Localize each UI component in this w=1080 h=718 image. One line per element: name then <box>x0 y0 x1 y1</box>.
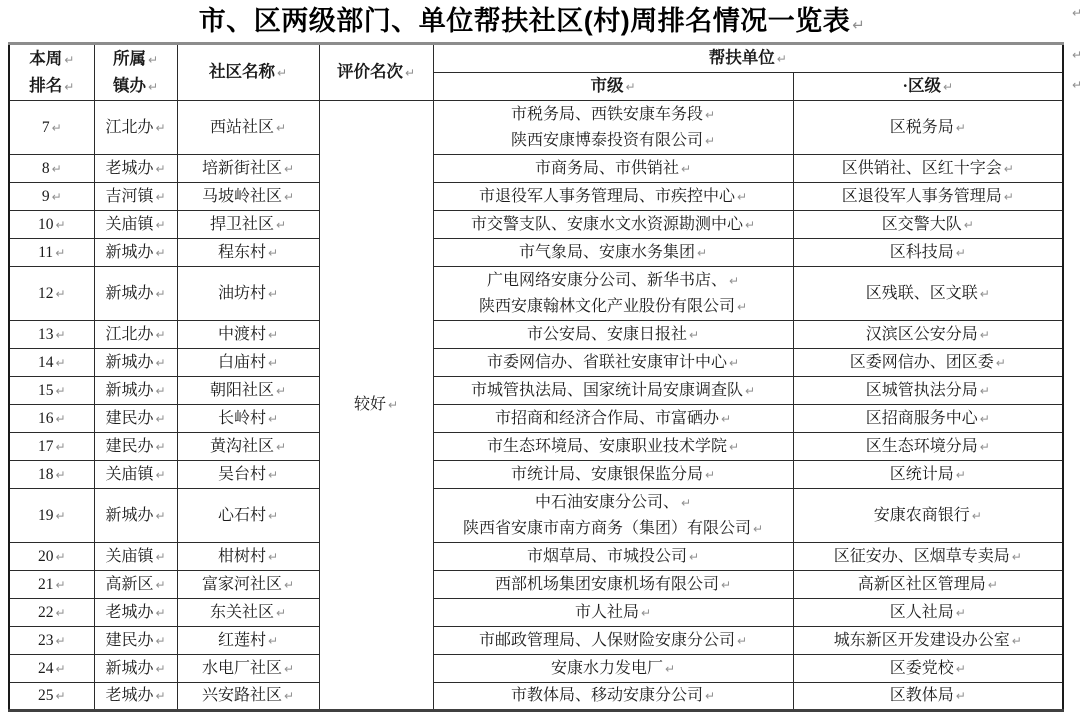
city-units-cell: 市统计局、安康银保监分局↵ <box>433 461 793 489</box>
city-units-cell: 市公安局、安康日报社↵ <box>433 321 793 349</box>
line-break-mark: ↵ <box>148 53 158 67</box>
district-units-cell: 区税务局↵ <box>793 101 1063 155</box>
community-cell: 捍卫社区↵ <box>177 211 319 239</box>
table-row: 21↵ 高新区↵ 富家河社区↵ 西部机场集团安康机场有限公司↵ 高新区社区管理局… <box>9 571 1063 599</box>
rank-cell: 16↵ <box>9 405 94 433</box>
line-break-mark: ↵ <box>729 440 739 454</box>
city-units-cell: 市气象局、安康水务集团↵ <box>433 239 793 267</box>
line-break-mark: ↵ <box>721 412 731 426</box>
city-units-cell: 市商务局、市供销社↵ <box>433 155 793 183</box>
line-break-mark: ↵ <box>641 606 651 620</box>
rank-cell: 24↵ <box>9 655 94 683</box>
ranking-table: 本周↵ 排名↵ 所属↵ 镇办↵ 社区名称↵ 评价名次↵ 帮扶单位↵ 市级↵ ·区… <box>8 42 1064 712</box>
line-break-mark: ↵ <box>268 509 278 523</box>
line-break-mark: ↵ <box>956 689 966 703</box>
city-units-cell: 市城管执法局、国家统计局安康调查队↵ <box>433 377 793 405</box>
table-row: 11↵ 新城办↵ 程东村↵ 市气象局、安康水务集团↵ 区科技局↵ <box>9 239 1063 267</box>
district-units-cell: 高新区社区管理局↵ <box>793 571 1063 599</box>
city-units-cell: 市邮政管理局、人保财险安康分公司↵ <box>433 627 793 655</box>
line-break-mark: ↵ <box>980 328 990 342</box>
line-break-mark: ↵ <box>996 356 1006 370</box>
district-units-cell: 安康农商银行↵ <box>793 489 1063 543</box>
line-break-mark: ↵ <box>268 246 278 260</box>
rank-cell: 8↵ <box>9 155 94 183</box>
line-break-mark: ↵ <box>155 606 165 620</box>
line-break-mark: ↵ <box>55 509 65 523</box>
district-units-cell: 城东新区开发建设办公室↵ <box>793 627 1063 655</box>
line-break-mark: ↵ <box>284 162 294 176</box>
township-cell: 建民办↵ <box>94 627 177 655</box>
line-break-mark: ↵ <box>55 412 65 426</box>
district-units-cell: 区生态环境分局↵ <box>793 433 1063 461</box>
table-row: 7↵ 江北办↵ 西站社区↵ 较好↵市税务局、西铁安康车务段↵陕西安康博泰投资有限… <box>9 101 1063 155</box>
city-units-cell: 市教体局、移动安康分公司↵ <box>433 683 793 711</box>
line-break-mark: ↵ <box>64 80 74 94</box>
line-break-mark: ↵ <box>55 440 65 454</box>
line-break-mark: ↵ <box>284 689 294 703</box>
line-break-mark: ↵ <box>155 578 165 592</box>
rank-cell: 10↵ <box>9 211 94 239</box>
city-units-cell: 市税务局、西铁安康车务段↵陕西安康博泰投资有限公司↵ <box>433 101 793 155</box>
line-break-mark: ↵ <box>155 190 165 204</box>
community-cell: 白庙村↵ <box>177 349 319 377</box>
line-break-mark: ↵ <box>284 662 294 676</box>
line-break-mark: ↵ <box>388 398 398 412</box>
city-units-cell: 西部机场集团安康机场有限公司↵ <box>433 571 793 599</box>
community-cell: 培新街社区↵ <box>177 155 319 183</box>
line-break-mark: ↵ <box>943 80 953 94</box>
line-break-mark: ↵ <box>729 274 739 288</box>
line-break-mark: ↵ <box>268 634 278 648</box>
line-break-mark: ↵ <box>705 134 715 148</box>
line-break-mark: ↵ <box>55 384 65 398</box>
rank-cell: 14↵ <box>9 349 94 377</box>
table-row: 22↵ 老城办↵ 东关社区↵ 市人社局↵ 区人社局↵ <box>9 599 1063 627</box>
line-break-mark: ↵ <box>52 162 62 176</box>
line-break-mark: ↵ <box>745 384 755 398</box>
district-units-cell: 区委网信办、团区委↵ <box>793 349 1063 377</box>
line-break-mark: ↵ <box>268 356 278 370</box>
line-break-mark: ↵ <box>155 440 165 454</box>
header-district-level: ·区级↵ <box>793 73 1063 101</box>
city-units-cell: 市委网信办、省联社安康审计中心↵ <box>433 349 793 377</box>
township-cell: 新城办↵ <box>94 489 177 543</box>
line-break-mark: ↵ <box>1004 162 1014 176</box>
line-break-mark: ↵ <box>980 384 990 398</box>
line-break-mark: ↵ <box>705 108 715 122</box>
township-cell: 新城办↵ <box>94 239 177 267</box>
line-break-mark: ↵ <box>980 287 990 301</box>
table-row: 15↵ 新城办↵ 朝阳社区↵ 市城管执法局、国家统计局安康调查队↵ 区城管执法分… <box>9 377 1063 405</box>
line-break-mark: ↵ <box>268 468 278 482</box>
line-break-mark: ↵ <box>276 121 286 135</box>
line-break-mark: ↵ <box>284 578 294 592</box>
rank-cell: 9↵ <box>9 183 94 211</box>
line-break-mark: ↵ <box>148 80 158 94</box>
line-break-mark: ↵ <box>956 468 966 482</box>
line-break-mark: ↵ <box>155 218 165 232</box>
header-rank: 本周↵ 排名↵ <box>9 44 94 101</box>
line-break-mark: ↵ <box>55 246 65 260</box>
community-cell: 水电厂社区↵ <box>177 655 319 683</box>
line-break-mark: ↵ <box>55 328 65 342</box>
township-cell: 老城办↵ <box>94 683 177 711</box>
line-break-mark: ↵ <box>276 218 286 232</box>
table-row: 13↵ 江北办↵ 中渡村↵ 市公安局、安康日报社↵ 汉滨区公安分局↵ <box>9 321 1063 349</box>
township-cell: 新城办↵ <box>94 267 177 321</box>
district-units-cell: 区供销社、区红十字会↵ <box>793 155 1063 183</box>
township-cell: 高新区↵ <box>94 571 177 599</box>
rank-cell: 11↵ <box>9 239 94 267</box>
rank-cell: 18↵ <box>9 461 94 489</box>
community-cell: 柑树村↵ <box>177 543 319 571</box>
line-break-mark: ↵ <box>745 218 755 232</box>
table-row: 20↵ 关庙镇↵ 柑树村↵ 市烟草局、市城投公司↵ 区征安办、区烟草专卖局↵ <box>9 543 1063 571</box>
line-break-mark: ↵ <box>52 190 62 204</box>
line-break-mark: ↵ <box>980 412 990 426</box>
community-cell: 吴台村↵ <box>177 461 319 489</box>
line-break-mark: ↵ <box>284 190 294 204</box>
line-break-mark: ↵ <box>55 606 65 620</box>
page-title: 市、区两级部门、单位帮扶社区(村)周排名情况一览表↵ <box>0 2 1064 44</box>
table-row: 24↵ 新城办↵ 水电厂社区↵ 安康水力发电厂↵ 区委党校↵ <box>9 655 1063 683</box>
community-cell: 中渡村↵ <box>177 321 319 349</box>
rank-cell: 15↵ <box>9 377 94 405</box>
township-cell: 江北办↵ <box>94 101 177 155</box>
header-city-level: 市级↵ <box>433 73 793 101</box>
line-break-mark: ↵ <box>1012 634 1022 648</box>
page-title-text: 市、区两级部门、单位帮扶社区(村)周排名情况一览表 <box>199 6 850 36</box>
city-units-cell: 广电网络安康分公司、新华书店、↵陕西安康翰林文化产业股份有限公司↵ <box>433 267 793 321</box>
township-cell: 建民办↵ <box>94 433 177 461</box>
table-row: 18↵ 关庙镇↵ 吴台村↵ 市统计局、安康银保监分局↵ 区统计局↵ <box>9 461 1063 489</box>
table-row: 17↵ 建民办↵ 黄沟社区↵ 市生态环境局、安康职业技术学院↵ 区生态环境分局↵ <box>9 433 1063 461</box>
line-break-mark: ↵ <box>155 468 165 482</box>
line-break-mark: ↵ <box>155 356 165 370</box>
line-break-mark: ↵ <box>155 634 165 648</box>
table-row: 8↵ 老城办↵ 培新街社区↵ 市商务局、市供销社↵ 区供销社、区红十字会↵ <box>9 155 1063 183</box>
header-helping-units: 帮扶单位↵ <box>433 44 1063 73</box>
rank-cell: 20↵ <box>9 543 94 571</box>
city-units-cell: 安康水力发电厂↵ <box>433 655 793 683</box>
line-break-mark: ↵ <box>681 162 691 176</box>
township-cell: 新城办↵ <box>94 377 177 405</box>
header-township-line2: 镇办 <box>113 76 146 95</box>
rank-cell: 23↵ <box>9 627 94 655</box>
row-end-mark: ↵ <box>1072 78 1080 92</box>
rank-cell: 12↵ <box>9 267 94 321</box>
row-end-mark: ↵ <box>1072 48 1080 62</box>
header-row-1: 本周↵ 排名↵ 所属↵ 镇办↵ 社区名称↵ 评价名次↵ 帮扶单位↵ <box>9 44 1063 73</box>
table-row: 25↵ 老城办↵ 兴安路社区↵ 市教体局、移动安康分公司↵ 区教体局↵ <box>9 683 1063 711</box>
community-cell: 心石村↵ <box>177 489 319 543</box>
header-community: 社区名称↵ <box>177 44 319 101</box>
line-break-mark: ↵ <box>155 162 165 176</box>
line-break-mark: ↵ <box>155 509 165 523</box>
community-cell: 富家河社区↵ <box>177 571 319 599</box>
rank-cell: 7↵ <box>9 101 94 155</box>
district-units-cell: 区退役军人事务管理局↵ <box>793 183 1063 211</box>
header-rank-line1: 本周 <box>29 49 62 68</box>
township-cell: 关庙镇↵ <box>94 461 177 489</box>
city-units-cell: 市烟草局、市城投公司↵ <box>433 543 793 571</box>
line-break-mark: ↵ <box>697 246 707 260</box>
line-break-mark: ↵ <box>681 496 691 510</box>
line-break-mark: ↵ <box>155 121 165 135</box>
rank-cell: 19↵ <box>9 489 94 543</box>
line-break-mark: ↵ <box>155 550 165 564</box>
line-break-mark: ↵ <box>276 606 286 620</box>
line-break-mark: ↵ <box>52 121 62 135</box>
district-units-cell: 区城管执法分局↵ <box>793 377 1063 405</box>
township-cell: 新城办↵ <box>94 349 177 377</box>
city-units-cell: 市生态环境局、安康职业技术学院↵ <box>433 433 793 461</box>
rank-cell: 22↵ <box>9 599 94 627</box>
district-units-cell: 区统计局↵ <box>793 461 1063 489</box>
line-break-mark: ↵ <box>729 356 739 370</box>
community-cell: 东关社区↵ <box>177 599 319 627</box>
community-cell: 朝阳社区↵ <box>177 377 319 405</box>
line-break-mark: ↵ <box>972 509 982 523</box>
line-break-mark: ↵ <box>988 578 998 592</box>
line-break-mark: ↵ <box>55 550 65 564</box>
line-break-mark: ↵ <box>689 328 699 342</box>
community-cell: 长岭村↵ <box>177 405 319 433</box>
line-break-mark: ↵ <box>964 218 974 232</box>
line-break-mark: ↵ <box>625 80 635 94</box>
line-break-mark: ↵ <box>155 662 165 676</box>
township-cell: 建民办↵ <box>94 405 177 433</box>
line-break-mark: ↵ <box>956 662 966 676</box>
community-cell: 油坊村↵ <box>177 267 319 321</box>
line-break-mark: ↵ <box>852 16 865 34</box>
city-units-cell: 市人社局↵ <box>433 599 793 627</box>
line-break-mark: ↵ <box>55 468 65 482</box>
table-row: 16↵ 建民办↵ 长岭村↵ 市招商和经济合作局、市富硒办↵ 区招商服务中心↵ <box>9 405 1063 433</box>
township-cell: 关庙镇↵ <box>94 543 177 571</box>
table-row: 14↵ 新城办↵ 白庙村↵ 市委网信办、省联社安康审计中心↵ 区委网信办、团区委… <box>9 349 1063 377</box>
line-break-mark: ↵ <box>276 440 286 454</box>
community-cell: 程东村↵ <box>177 239 319 267</box>
line-break-mark: ↵ <box>55 578 65 592</box>
city-units-cell: 市退役军人事务管理局、市疾控中心↵ <box>433 183 793 211</box>
line-break-mark: ↵ <box>737 634 747 648</box>
township-cell: 新城办↵ <box>94 655 177 683</box>
table-row: 9↵ 吉河镇↵ 马坡岭社区↵ 市退役军人事务管理局、市疾控中心↵ 区退役军人事务… <box>9 183 1063 211</box>
line-break-mark: ↵ <box>956 246 966 260</box>
line-break-mark: ↵ <box>705 689 715 703</box>
line-break-mark: ↵ <box>276 384 286 398</box>
evaluation-value: 较好 <box>354 396 386 413</box>
city-units-cell: 中石油安康分公司、↵陕西省安康市南方商务（集团）有限公司↵ <box>433 489 793 543</box>
line-break-mark: ↵ <box>705 468 715 482</box>
township-cell: 关庙镇↵ <box>94 211 177 239</box>
rank-cell: 25↵ <box>9 683 94 711</box>
line-break-mark: ↵ <box>268 550 278 564</box>
line-break-mark: ↵ <box>737 300 747 314</box>
header-evaluation: 评价名次↵ <box>319 44 433 101</box>
table-row: 23↵ 建民办↵ 红莲村↵ 市邮政管理局、人保财险安康分公司↵ 城东新区开发建设… <box>9 627 1063 655</box>
line-break-mark: ↵ <box>155 328 165 342</box>
district-units-cell: 区招商服务中心↵ <box>793 405 1063 433</box>
line-break-mark: ↵ <box>155 384 165 398</box>
township-cell: 老城办↵ <box>94 599 177 627</box>
line-break-mark: ↵ <box>55 287 65 301</box>
line-break-mark: ↵ <box>55 356 65 370</box>
document-page: 市、区两级部门、单位帮扶社区(村)周排名情况一览表↵ 本周↵ 排名↵ 所属↵ 镇… <box>0 0 1080 718</box>
community-cell: 兴安路社区↵ <box>177 683 319 711</box>
line-break-mark: ↵ <box>777 52 787 66</box>
row-end-mark: ↵ <box>1072 6 1080 20</box>
line-break-mark: ↵ <box>689 550 699 564</box>
line-break-mark: ↵ <box>155 689 165 703</box>
rank-cell: 13↵ <box>9 321 94 349</box>
table-row: 12↵ 新城办↵ 油坊村↵ 广电网络安康分公司、新华书店、↵陕西安康翰林文化产业… <box>9 267 1063 321</box>
header-rank-line2: 排名 <box>29 76 62 95</box>
community-cell: 西站社区↵ <box>177 101 319 155</box>
community-cell: 红莲村↵ <box>177 627 319 655</box>
line-break-mark: ↵ <box>665 662 675 676</box>
district-units-cell: 区征安办、区烟草专卖局↵ <box>793 543 1063 571</box>
line-break-mark: ↵ <box>1004 190 1014 204</box>
line-break-mark: ↵ <box>155 287 165 301</box>
line-break-mark: ↵ <box>956 121 966 135</box>
line-break-mark: ↵ <box>55 634 65 648</box>
district-units-cell: 区教体局↵ <box>793 683 1063 711</box>
city-units-cell: 市交警支队、安康水文水资源勘测中心↵ <box>433 211 793 239</box>
line-break-mark: ↵ <box>956 606 966 620</box>
city-units-cell: 市招商和经济合作局、市富硒办↵ <box>433 405 793 433</box>
line-break-mark: ↵ <box>155 412 165 426</box>
rank-cell: 17↵ <box>9 433 94 461</box>
district-units-cell: 区委党校↵ <box>793 655 1063 683</box>
line-break-mark: ↵ <box>55 218 65 232</box>
line-break-mark: ↵ <box>268 328 278 342</box>
line-break-mark: ↵ <box>737 190 747 204</box>
township-cell: 老城办↵ <box>94 155 177 183</box>
evaluation-merged-cell: 较好↵ <box>319 101 433 711</box>
district-units-cell: 区残联、区文联↵ <box>793 267 1063 321</box>
line-break-mark: ↵ <box>268 287 278 301</box>
line-break-mark: ↵ <box>55 689 65 703</box>
table-row: 19↵ 新城办↵ 心石村↵ 中石油安康分公司、↵陕西省安康市南方商务（集团）有限… <box>9 489 1063 543</box>
line-break-mark: ↵ <box>1012 550 1022 564</box>
township-cell: 吉河镇↵ <box>94 183 177 211</box>
community-cell: 马坡岭社区↵ <box>177 183 319 211</box>
community-cell: 黄沟社区↵ <box>177 433 319 461</box>
line-break-mark: ↵ <box>721 578 731 592</box>
district-units-cell: 区人社局↵ <box>793 599 1063 627</box>
line-break-mark: ↵ <box>405 66 415 80</box>
line-break-mark: ↵ <box>55 662 65 676</box>
table-row: 10↵ 关庙镇↵ 捍卫社区↵ 市交警支队、安康水文水资源勘测中心↵ 区交警大队↵ <box>9 211 1063 239</box>
district-units-cell: 区科技局↵ <box>793 239 1063 267</box>
rank-cell: 21↵ <box>9 571 94 599</box>
line-break-mark: ↵ <box>753 522 763 536</box>
header-township-line1: 所属 <box>113 49 146 68</box>
table-body: 7↵ 江北办↵ 西站社区↵ 较好↵市税务局、西铁安康车务段↵陕西安康博泰投资有限… <box>9 101 1063 711</box>
line-break-mark: ↵ <box>980 440 990 454</box>
line-break-mark: ↵ <box>64 53 74 67</box>
district-units-cell: 汉滨区公安分局↵ <box>793 321 1063 349</box>
line-break-mark: ↵ <box>155 246 165 260</box>
header-township: 所属↵ 镇办↵ <box>94 44 177 101</box>
district-units-cell: 区交警大队↵ <box>793 211 1063 239</box>
line-break-mark: ↵ <box>268 412 278 426</box>
line-break-mark: ↵ <box>277 66 287 80</box>
township-cell: 江北办↵ <box>94 321 177 349</box>
